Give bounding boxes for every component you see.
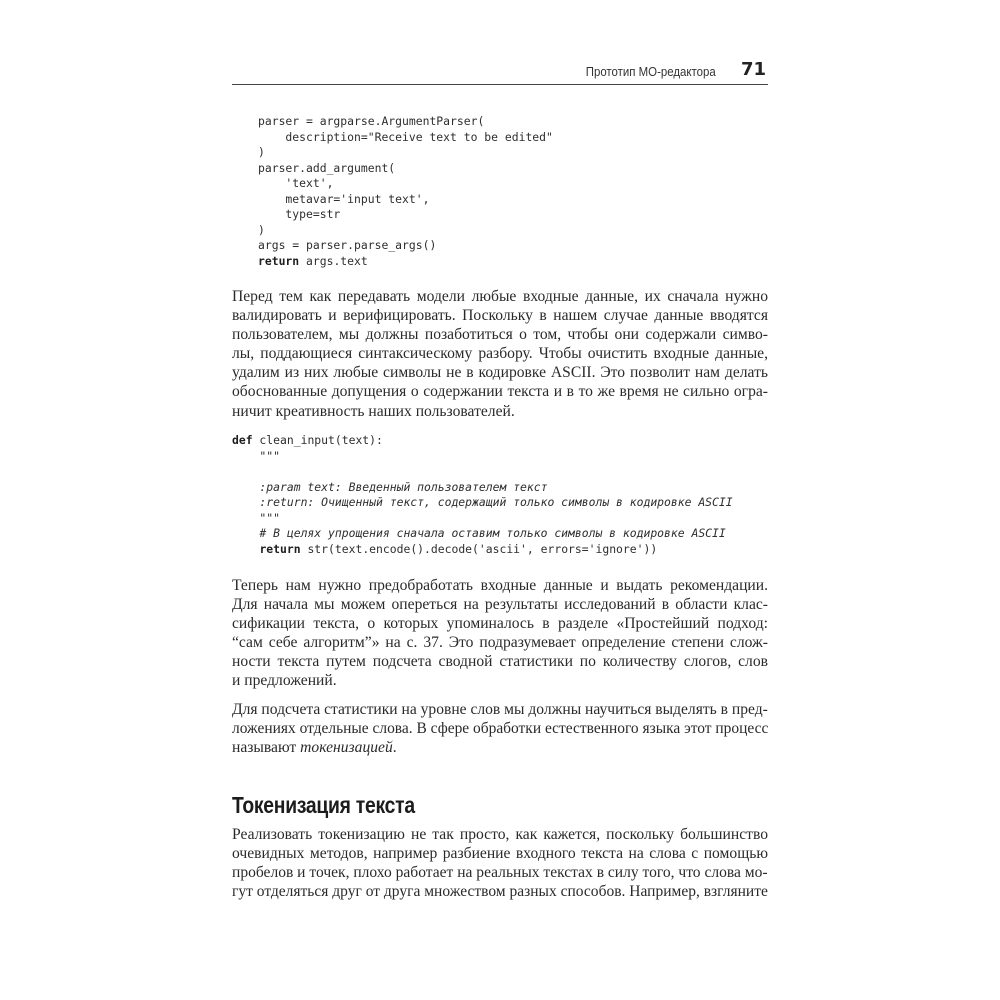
text-line: сификации текста, о которых упоминалось …	[232, 614, 768, 633]
text-line: пользователем, мы должны позаботиться о …	[232, 325, 768, 344]
keyword-return: return	[258, 254, 299, 268]
text-line: Реализовать токенизацию не так просто, к…	[232, 825, 768, 844]
docstring-param: :param text: Введенный пользователем тек…	[232, 480, 547, 494]
code-line-def: def clean_input(text):	[232, 433, 383, 447]
code-block-clean-input: def clean_input(text): """ :param text: …	[232, 433, 733, 557]
term-tokenization: токенизацией	[300, 739, 393, 756]
text-line: удалим из них любые символы не в кодиров…	[232, 363, 768, 382]
text-line: обоснованные допущения о содержании текс…	[232, 382, 768, 401]
running-head: Прототип МО-редактора 71	[232, 58, 768, 85]
text-line: валидировать и верифицировать. Поскольку…	[232, 306, 768, 325]
code-comment: # В целях упрощения сначала оставим толь…	[232, 526, 726, 540]
text-line: лы, поддающиеся синтаксическому разбору.…	[232, 344, 768, 363]
paragraph-validation: Перед тем как передавать модели любые вх…	[232, 287, 768, 421]
code-line: )	[258, 223, 265, 237]
code-line: parser.add_argument(	[258, 161, 395, 175]
text-line: пробелов и точек, плохо работает на реал…	[232, 863, 766, 882]
page-number: 71	[741, 59, 766, 80]
text-line: гут отделяться друг от друга множеством …	[232, 882, 765, 901]
code-line-return: return args.text	[258, 254, 368, 268]
code-line: 'text',	[258, 176, 333, 190]
code-line: metavar='input text',	[258, 192, 429, 206]
code-line: )	[258, 145, 265, 159]
text-line: и предложений.	[232, 671, 768, 690]
paragraph-word-statistics: Для подсчета статистики на уровне слов м…	[232, 700, 768, 757]
code-line: parser = argparse.ArgumentParser(	[258, 114, 484, 128]
keyword-return: return	[259, 542, 300, 556]
text-line: “сам себе алгоритм”» на с. 37. Это подра…	[232, 633, 768, 652]
text-line: Для подсчета статистики на уровне слов м…	[232, 700, 767, 719]
text-line: очевидных методов, например разбиение вх…	[232, 844, 768, 863]
code-line: type=str	[258, 207, 340, 221]
text-line: ности текста путем подсчета сводной стат…	[232, 652, 768, 671]
code-line: args = parser.parse_args()	[258, 238, 436, 252]
code-return-expr: args.text	[299, 254, 368, 268]
section-heading: Токенизация текста	[232, 792, 415, 819]
docstring-close: """	[232, 511, 280, 525]
chapter-title: Прототип МО-редактора	[586, 64, 716, 79]
text-line: Перед тем как передавать модели любые вх…	[232, 287, 768, 306]
paragraph-tokenization: Реализовать токенизацию не так просто, к…	[232, 825, 768, 901]
text-line: ничит креативность наших пользователей.	[232, 402, 768, 421]
text-line: Теперь нам нужно предобработать входные …	[232, 576, 768, 595]
code-line: description="Receive text to be edited"	[258, 130, 553, 144]
docstring-open: """	[232, 449, 280, 463]
paragraph-preprocessing: Теперь нам нужно предобработать входные …	[232, 576, 768, 691]
text-line: Для начала мы можем опереться на результ…	[232, 595, 768, 614]
text-line: называют токенизацией.	[232, 738, 768, 757]
keyword-def: def	[232, 433, 253, 447]
code-line-return: return str(text.encode().decode('ascii',…	[232, 542, 657, 556]
code-block-argparse: parser = argparse.ArgumentParser( descri…	[258, 114, 553, 269]
text-line: ложениях отдельные слова. В сфере обрабо…	[232, 719, 763, 738]
docstring-return: :return: Очищенный текст, содержащий тол…	[232, 495, 733, 509]
